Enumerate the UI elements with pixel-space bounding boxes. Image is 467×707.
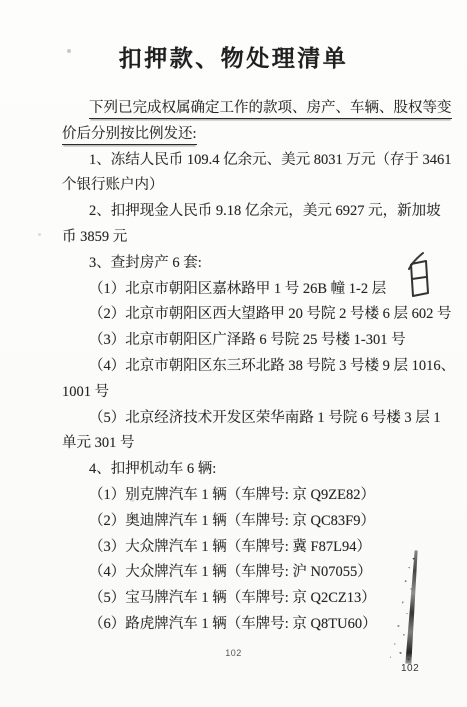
seized-cash-line-1: 2、扣押现金人民币 9.18 亿余元，美元 6927 元，新加坡	[62, 199, 437, 225]
underlined-intro-text-1: 下列已完成权属确定工作的款项、房产、车辆、股权等变	[89, 100, 452, 119]
page-number-corner: 102	[401, 663, 419, 674]
property-item-5-line-2: 单元 301 号	[62, 431, 437, 457]
property-item-4-line-2: 1001 号	[62, 380, 437, 406]
frozen-funds-line-2: 个银行账户内）	[62, 173, 437, 199]
vehicle-item-1: （1）别克牌汽车 1 辆（车牌号: 京 Q9ZE82）	[62, 483, 437, 509]
vehicle-section-heading: 4、扣押机动车 6 辆:	[62, 457, 437, 483]
vehicle-item-5: （5）宝马牌汽车 1 辆（车牌号: 京 Q2CZ13）	[62, 586, 437, 612]
property-item-2: （2）北京市朝阳区西大望路甲 20 号院 2 号楼 6 层 602 号	[62, 302, 437, 328]
property-item-5-line-1: （5）北京经济技术开发区荣华南路 1 号院 6 号楼 3 层 1	[62, 406, 437, 432]
intro-line-1: 下列已完成权属确定工作的款项、房产、车辆、股权等变	[62, 96, 437, 122]
vehicle-item-3: （3）大众牌汽车 1 辆（车牌号: 冀 F87L94）	[62, 535, 437, 561]
document-body: 下列已完成权属确定工作的款项、房产、车辆、股权等变 价后分别按比例发还: 1、冻…	[62, 96, 437, 638]
underlined-intro-text-2: 价后分别按比例发还:	[62, 126, 197, 145]
vehicle-item-4: （4）大众牌汽车 1 辆（车牌号: 沪 N07055）	[62, 560, 437, 586]
handwritten-mark	[402, 250, 432, 302]
frozen-funds-line-1: 1、冻结人民币 109.4 亿余元、美元 8031 万元（存于 3461	[62, 148, 437, 174]
scan-speck	[38, 233, 41, 236]
property-item-4-line-1: （4）北京市朝阳区东三环北路 38 号院 3 号楼 9 层 1016、	[62, 354, 437, 380]
document-title: 扣押款、物处理清单	[0, 40, 467, 73]
scan-speck	[67, 49, 71, 53]
page-number-center: 102	[0, 648, 467, 658]
scanned-document-page: 扣押款、物处理清单 下列已完成权属确定工作的款项、房产、车辆、股权等变 价后分别…	[0, 0, 467, 707]
seized-cash-line-2: 币 3859 元	[62, 225, 437, 251]
vehicle-item-2: （2）奥迪牌汽车 1 辆（车牌号: 京 QC83F9）	[62, 509, 437, 535]
scan-speck	[130, 498, 135, 502]
property-item-1: （1）北京市朝阳区嘉林路甲 1 号 26B 幢 1-2 层	[62, 277, 437, 303]
intro-line-2: 价后分别按比例发还:	[62, 122, 437, 148]
property-item-3: （3）北京市朝阳区广泽路 6 号院 25 号楼 1-301 号	[62, 328, 437, 354]
vehicle-item-6: （6）路虎牌汽车 1 辆（车牌号: 京 Q8TU60）	[62, 612, 437, 638]
property-section-heading: 3、查封房产 6 套:	[62, 251, 437, 277]
